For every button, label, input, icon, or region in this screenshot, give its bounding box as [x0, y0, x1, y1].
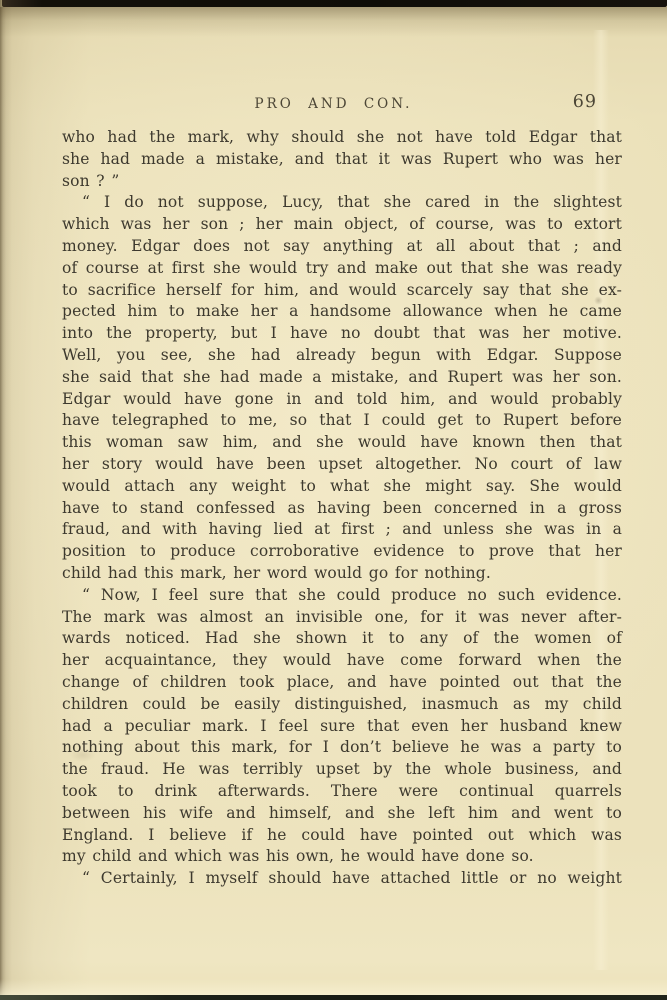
- text-line: into the property, but I have no doubt t…: [62, 323, 622, 345]
- text-line: who had the mark, why should she not hav…: [62, 127, 622, 149]
- paragraph: who had the mark, why should she not hav…: [62, 127, 622, 192]
- text-line: “ Certainly, I myself should have attach…: [62, 868, 622, 890]
- scan-bottom-page-edge: [0, 979, 667, 995]
- scan-top-shadow: [0, 7, 667, 37]
- page-number: 69: [573, 92, 597, 112]
- text-line: would attach any weight to what she migh…: [62, 476, 622, 498]
- text-line: Edgar would have gone in and told him, a…: [62, 389, 622, 411]
- text-line: the fraud. He was terribly upset by the …: [62, 759, 622, 781]
- text-line: England. I believe if he could have poin…: [62, 825, 622, 847]
- text-line: The mark was almost an invisible one, fo…: [62, 607, 622, 629]
- text-line: my child and which was his own, he would…: [62, 846, 622, 868]
- text-line: money. Edgar does not say anything at al…: [62, 236, 622, 258]
- text-line: position to produce corroborative eviden…: [62, 541, 622, 563]
- text-line: “ Now, I feel sure that she could produc…: [62, 585, 622, 607]
- text-line: between his wife and himself, and she le…: [62, 803, 622, 825]
- paragraph: “ Now, I feel sure that she could produc…: [62, 585, 622, 868]
- scanned-book-page: PRO AND CON. 69 who had the mark, why sh…: [0, 0, 667, 1000]
- text-line: she said that she had made a mistake, an…: [62, 367, 622, 389]
- text-line: she had made a mistake, and that it was …: [62, 149, 622, 171]
- text-line: children could be easily distinguished, …: [62, 694, 622, 716]
- text-line: this woman saw him, and she would have k…: [62, 432, 622, 454]
- text-line: took to drink afterwards. There were con…: [62, 781, 622, 803]
- text-line: her acquaintance, they would have come f…: [62, 650, 622, 672]
- text-line: of course at first she would try and mak…: [62, 258, 622, 280]
- text-line: nothing about this mark, for I don’t bel…: [62, 737, 622, 759]
- paragraph: “ Certainly, I myself should have attach…: [62, 868, 622, 890]
- scan-gutter-edge: [0, 0, 12, 1000]
- text-line: Well, you see, she had already begun wit…: [62, 345, 622, 367]
- text-line: to sacrifice herself for him, and would …: [62, 280, 622, 302]
- text-line: have to stand confessed as having been c…: [62, 498, 622, 520]
- text-line: her story would have been upset altogeth…: [62, 454, 622, 476]
- text-line: wards noticed. Had she shown it to any o…: [62, 628, 622, 650]
- text-block: who had the mark, why should she not hav…: [62, 127, 622, 890]
- running-title: PRO AND CON.: [0, 96, 667, 112]
- text-line: had a peculiar mark. I feel sure that ev…: [62, 716, 622, 738]
- text-line: child had this mark, her word would go f…: [62, 563, 622, 585]
- text-line: change of children took place, and have …: [62, 672, 622, 694]
- text-line: son ? ”: [62, 171, 622, 193]
- text-line: fraud, and with having lied at first ; a…: [62, 519, 622, 541]
- text-line: “ I do not suppose, Lucy, that she cared…: [62, 192, 622, 214]
- scan-top-edge: [2, 0, 667, 7]
- text-line: pected him to make her a handsome allowa…: [62, 301, 622, 323]
- scan-bottom-edge: [0, 995, 667, 1000]
- text-line: have telegraphed to me, so that I could …: [62, 410, 622, 432]
- text-line: which was her son ; her main object, of …: [62, 214, 622, 236]
- paragraph: “ I do not suppose, Lucy, that she cared…: [62, 192, 622, 584]
